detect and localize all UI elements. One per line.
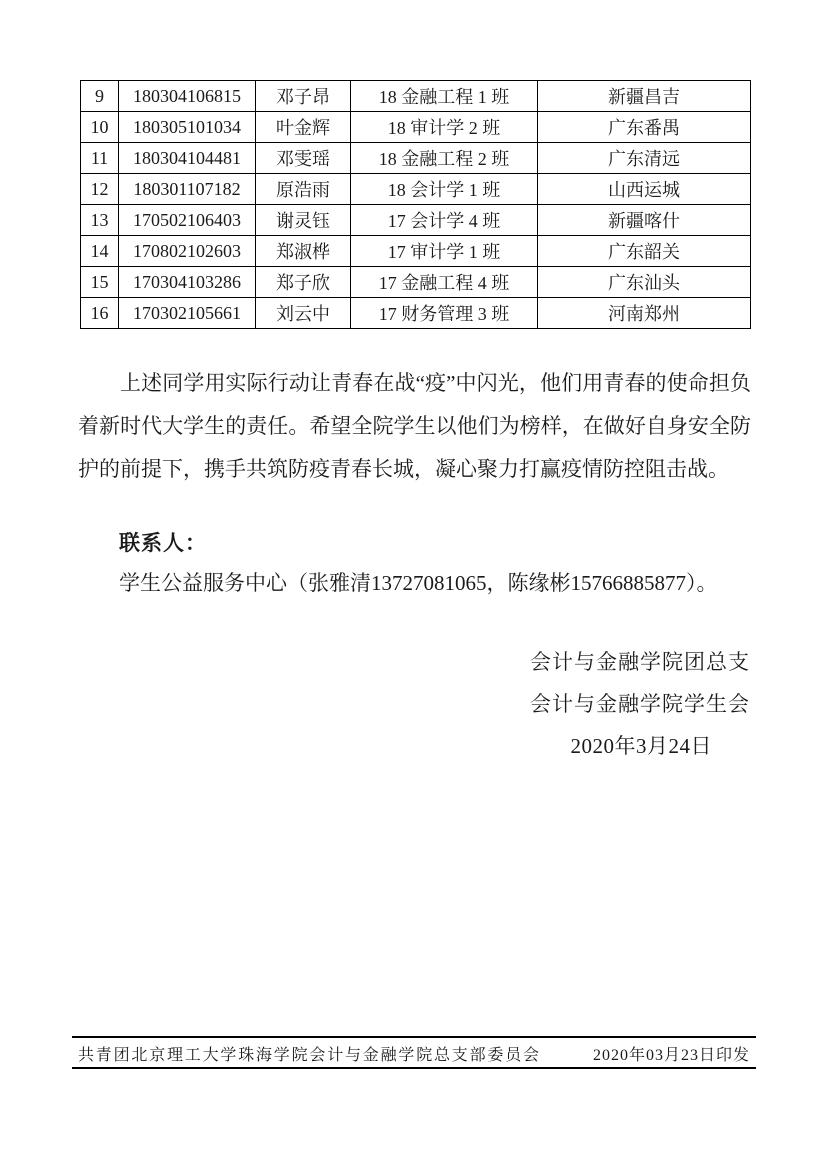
cell-student-id: 180305101034 [119, 112, 256, 143]
cell-student-id: 170802102603 [119, 236, 256, 267]
cell-name: 谢灵钰 [256, 205, 351, 236]
cell-student-id: 170302105661 [119, 298, 256, 329]
table-row: 14 170802102603 郑淑桦 17 审计学 1 班 广东韶关 [81, 236, 751, 267]
cell-class: 17 财务管理 3 班 [351, 298, 538, 329]
cell-student-id: 180304106815 [119, 81, 256, 112]
table-row: 9 180304106815 邓子昂 18 金融工程 1 班 新疆昌吉 [81, 81, 751, 112]
student-table: 9 180304106815 邓子昂 18 金融工程 1 班 新疆昌吉 10 1… [80, 80, 751, 329]
footer-issuer: 共青团北京理工大学珠海学院会计与金融学院总支部委员会 [78, 1042, 541, 1065]
cell-class: 17 审计学 1 班 [351, 236, 538, 267]
body-paragraph: 上述同学用实际行动让青春在战“疫”中闪光，他们用青春的使命担负着新时代大学生的责… [78, 362, 751, 491]
footer-rule-bottom [72, 1067, 756, 1069]
signature-org-youth-league: 会计与金融学院团总支 [530, 641, 750, 683]
signature-block: 会计与金融学院团总支 会计与金融学院学生会 2020年3月24日 [530, 641, 750, 767]
cell-hometown: 河南郑州 [538, 298, 751, 329]
cell-name: 郑子欣 [256, 267, 351, 298]
cell-hometown: 广东清远 [538, 143, 751, 174]
table-row: 12 180301107182 原浩雨 18 会计学 1 班 山西运城 [81, 174, 751, 205]
cell-hometown: 广东韶关 [538, 236, 751, 267]
cell-name: 刘云中 [256, 298, 351, 329]
cell-hometown: 新疆喀什 [538, 205, 751, 236]
cell-student-id: 170304103286 [119, 267, 256, 298]
cell-no: 9 [81, 81, 119, 112]
cell-class: 18 审计学 2 班 [351, 112, 538, 143]
table-row: 13 170502106403 谢灵钰 17 会计学 4 班 新疆喀什 [81, 205, 751, 236]
cell-name: 邓雯瑶 [256, 143, 351, 174]
cell-student-id: 180304104481 [119, 143, 256, 174]
footer-rule-top [72, 1036, 756, 1038]
cell-class: 17 金融工程 4 班 [351, 267, 538, 298]
cell-no: 16 [81, 298, 119, 329]
table-row: 11 180304104481 邓雯瑶 18 金融工程 2 班 广东清远 [81, 143, 751, 174]
cell-name: 叶金辉 [256, 112, 351, 143]
cell-class: 17 会计学 4 班 [351, 205, 538, 236]
cell-no: 12 [81, 174, 119, 205]
contact-line: 学生公益服务中心（张雅清13727081065，陈缘彬15766885877）。 [119, 567, 718, 597]
cell-student-id: 180301107182 [119, 174, 256, 205]
cell-class: 18 会计学 1 班 [351, 174, 538, 205]
cell-no: 10 [81, 112, 119, 143]
cell-no: 11 [81, 143, 119, 174]
signature-date: 2020年3月24日 [530, 725, 750, 767]
cell-no: 14 [81, 236, 119, 267]
document-page: 9 180304106815 邓子昂 18 金融工程 1 班 新疆昌吉 10 1… [0, 0, 827, 1169]
signature-org-student-union: 会计与金融学院学生会 [530, 683, 750, 725]
cell-hometown: 山西运城 [538, 174, 751, 205]
table-row: 10 180305101034 叶金辉 18 审计学 2 班 广东番禺 [81, 112, 751, 143]
cell-no: 13 [81, 205, 119, 236]
cell-student-id: 170502106403 [119, 205, 256, 236]
cell-class: 18 金融工程 1 班 [351, 81, 538, 112]
cell-hometown: 新疆昌吉 [538, 81, 751, 112]
contact-heading: 联系人： [119, 527, 207, 557]
cell-name: 原浩雨 [256, 174, 351, 205]
cell-name: 邓子昂 [256, 81, 351, 112]
cell-no: 15 [81, 267, 119, 298]
cell-name: 郑淑桦 [256, 236, 351, 267]
cell-hometown: 广东番禺 [538, 112, 751, 143]
cell-hometown: 广东汕头 [538, 267, 751, 298]
footer: 共青团北京理工大学珠海学院会计与金融学院总支部委员会 2020年03月23日印发 [78, 1042, 750, 1065]
table-row: 16 170302105661 刘云中 17 财务管理 3 班 河南郑州 [81, 298, 751, 329]
cell-class: 18 金融工程 2 班 [351, 143, 538, 174]
table-row: 15 170304103286 郑子欣 17 金融工程 4 班 广东汕头 [81, 267, 751, 298]
footer-print-date: 2020年03月23日印发 [593, 1042, 750, 1065]
